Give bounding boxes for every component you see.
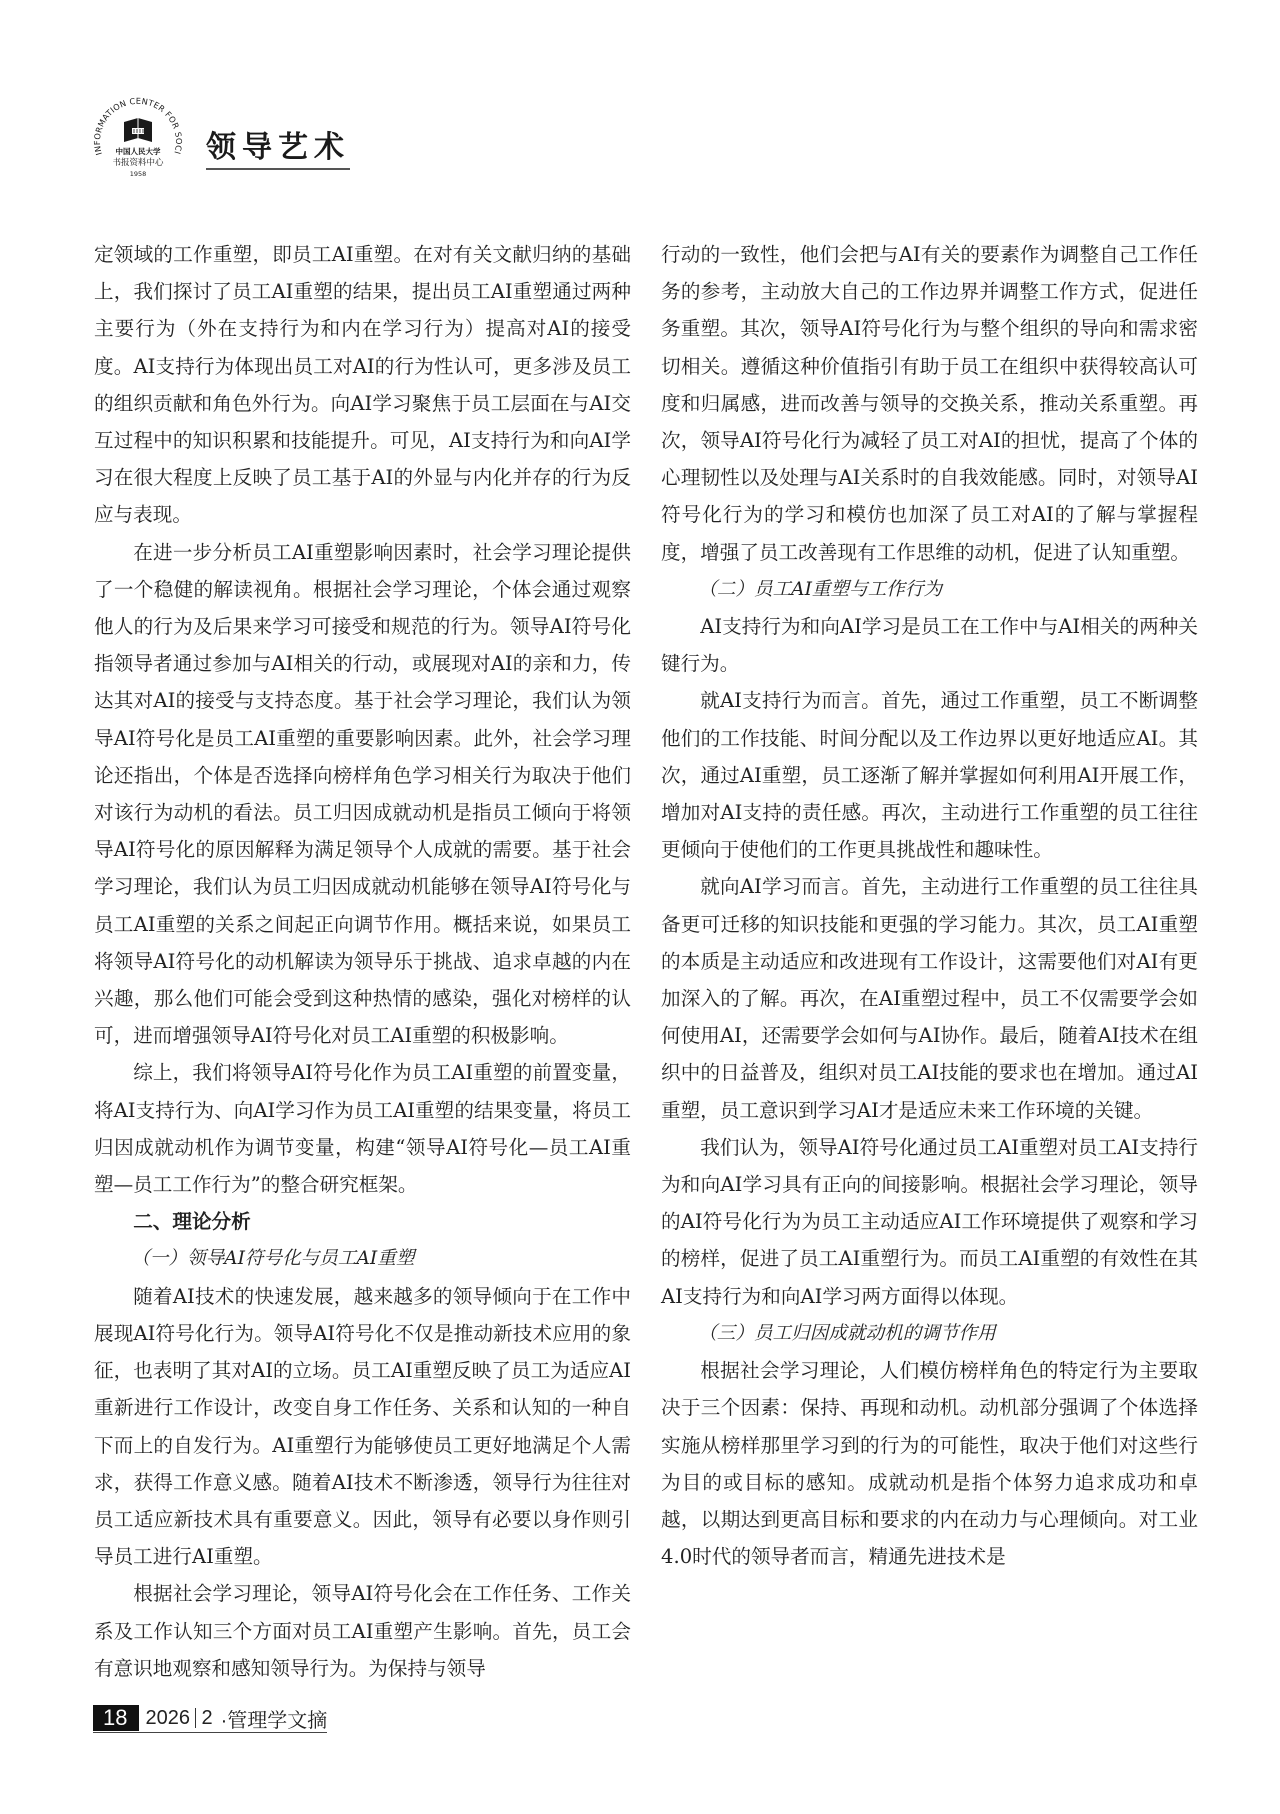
page-footer: 18 2026 2 ·管理学文摘	[93, 1704, 327, 1733]
left-column: 定领域的工作重塑，即员工AI重塑。在对有关文献归纳的基础上，我们探讨了员工AI重…	[94, 236, 631, 1687]
logo-inner-line-1: 中国人民大学	[116, 146, 161, 156]
paragraph: 就向AI学习而言。首先，主动进行工作重塑的员工往往具备更可迁移的知识技能和更强的…	[661, 868, 1198, 1128]
subsection-heading: （一）领导AI符号化与员工AI重塑	[94, 1240, 631, 1277]
paragraph: 定领域的工作重塑，即员工AI重塑。在对有关文献归纳的基础上，我们探讨了员工AI重…	[94, 236, 631, 534]
paragraph: 根据社会学习理论，领导AI符号化会在工作任务、工作关系及工作认知三个方面对员工A…	[94, 1575, 631, 1687]
footer-divider	[195, 1708, 197, 1728]
publisher-logo: INFORMATION CENTER FOR SOCIAL SCIENCES, …	[88, 92, 188, 192]
paragraph: 在进一步分析员工AI重塑影响因素时，社会学习理论提供了一个稳健的解读视角。根据社…	[94, 534, 631, 1055]
seal-icon: INFORMATION CENTER FOR SOCIAL SCIENCES, …	[88, 92, 188, 192]
paragraph: 我们认为，领导AI符号化通过员工AI重塑对员工AI支持行为和向AI学习具有正向的…	[661, 1129, 1198, 1315]
paragraph: 行动的一致性，他们会把与AI有关的要素作为调整自己工作任务的参考，主动放大自己的…	[661, 236, 1198, 571]
issue-number: 2	[201, 1707, 212, 1730]
book-icon	[124, 118, 152, 142]
issue-year: 2026	[145, 1707, 190, 1730]
right-column: 行动的一致性，他们会把与AI有关的要素作为调整自己工作任务的参考，主动放大自己的…	[661, 236, 1198, 1575]
paragraph: AI支持行为和向AI学习是员工在工作中与AI相关的两种关键行为。	[661, 608, 1198, 682]
paragraph: 综上，我们将领导AI符号化作为员工AI重塑的前置变量，将AI支持行为、向AI学习…	[94, 1054, 631, 1203]
page-header: INFORMATION CENTER FOR SOCIAL SCIENCES, …	[88, 92, 488, 192]
section-heading: 二、理论分析	[94, 1203, 631, 1240]
paragraph: 根据社会学习理论，人们模仿榜样角色的特定行为主要取决于三个因素：保持、再现和动机…	[661, 1352, 1198, 1575]
logo-year: 1958	[130, 170, 147, 178]
column-title: 领导艺术	[206, 130, 350, 170]
subsection-heading: （三）员工归因成就动机的调节作用	[661, 1315, 1198, 1352]
subsection-heading: （二）员工AI重塑与工作行为	[661, 571, 1198, 608]
logo-inner-line-2: 书报资料中心	[112, 157, 164, 168]
page-number: 18	[93, 1705, 139, 1731]
paragraph: 就AI支持行为而言。首先，通过工作重塑，员工不断调整他们的工作技能、时间分配以及…	[661, 682, 1198, 868]
paragraph: 随着AI技术的快速发展，越来越多的领导倾向于在工作中展现AI符号化行为。领导AI…	[94, 1278, 631, 1576]
journal-name: ·管理学文摘	[221, 1704, 328, 1733]
